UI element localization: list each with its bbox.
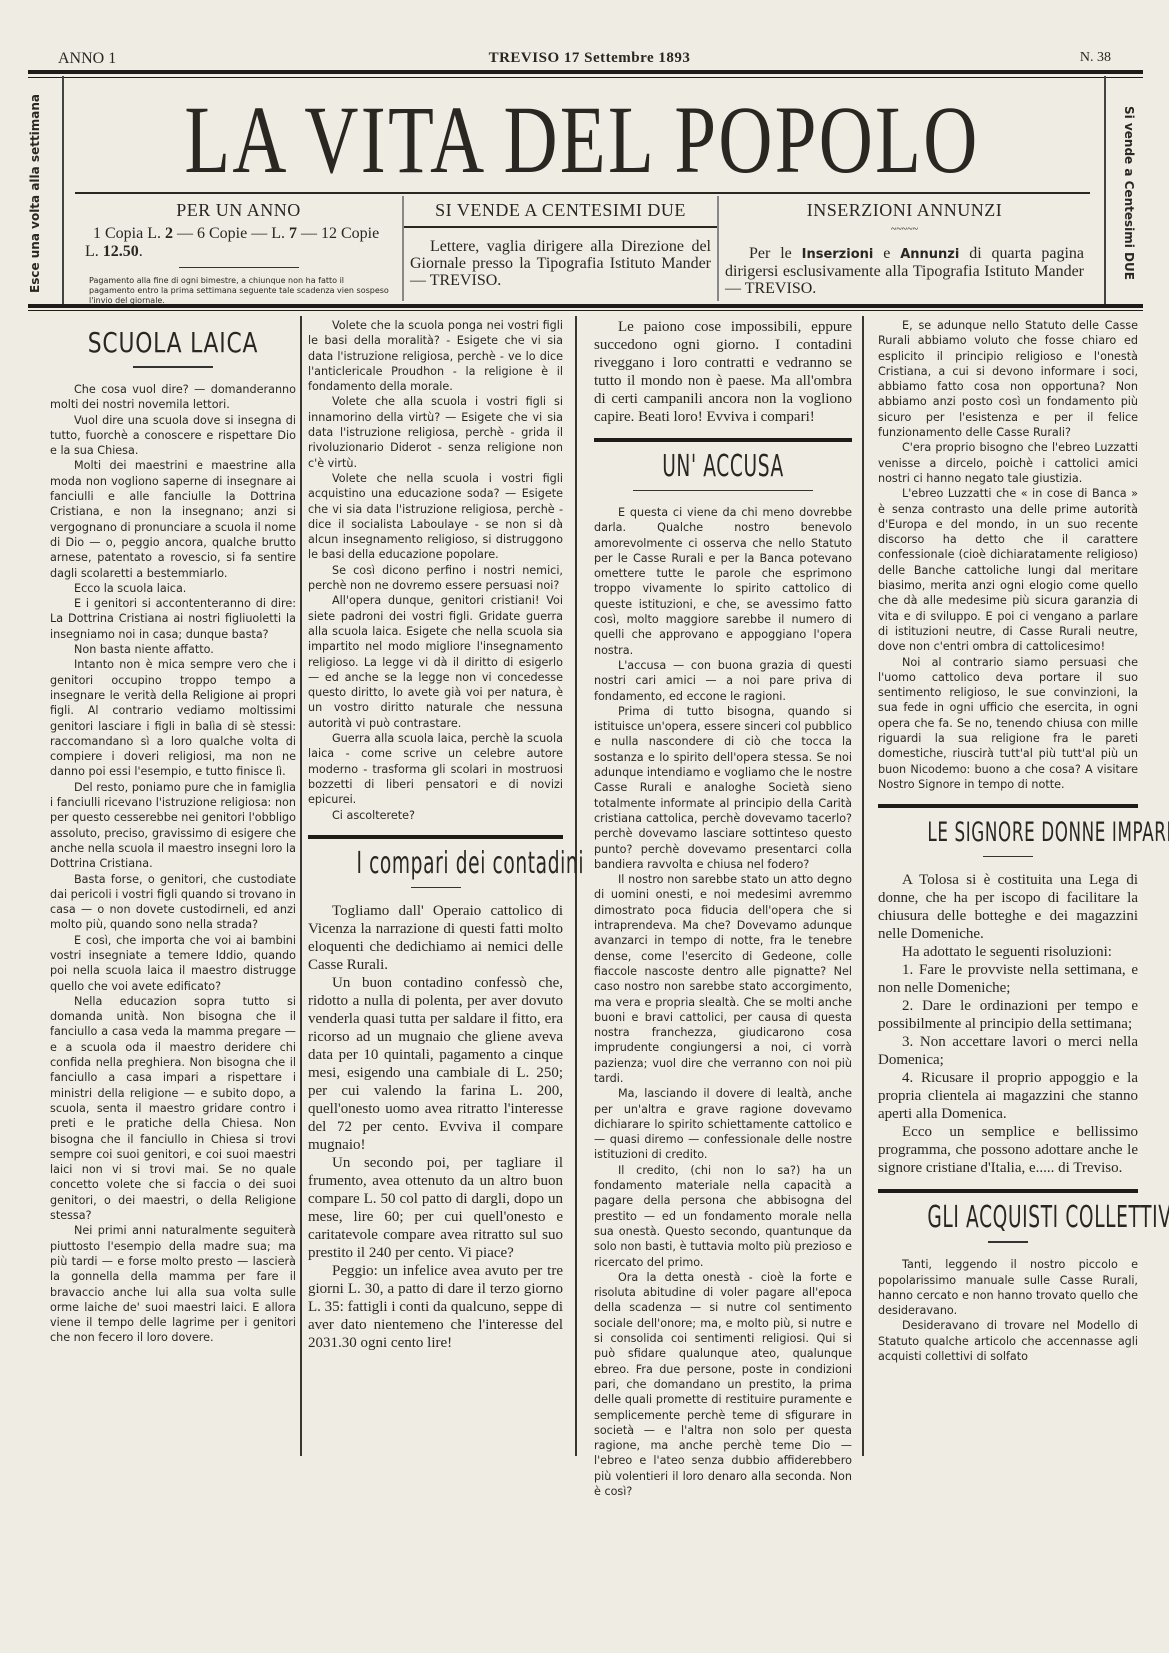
- paragraph: Intanto non è mica sempre vero che i gen…: [50, 657, 296, 779]
- paragraph: L'accusa — con buona grazia di questi no…: [594, 658, 852, 704]
- ornament: [983, 856, 1033, 857]
- side-note-right: Si vende a Centesimi DUE: [1110, 88, 1136, 298]
- paragraph: Noi al contrario siamo persuasi che l'uo…: [878, 655, 1138, 793]
- ornament: [133, 366, 213, 368]
- ads-text-part: e: [883, 245, 890, 262]
- paragraph: Volete che nella scuola i vostri figli a…: [308, 471, 563, 563]
- paragraph: Guerra alla scuola laica, perchè la scuo…: [308, 731, 563, 807]
- masthead-rule: [75, 192, 1090, 194]
- ornament: [988, 1241, 1028, 1243]
- paragraph: Ma, lasciando il dovere di lealtà, anche…: [594, 1086, 852, 1162]
- paragraph: E, se adunque nello Statuto delle Casse …: [878, 318, 1138, 440]
- ads-text: Per le Inserzioni e Annunzi di quarta pa…: [719, 235, 1090, 297]
- column-4: E, se adunque nello Statuto delle Casse …: [878, 318, 1138, 1364]
- paragraph: E così, che importa che voi ai bambini v…: [50, 933, 296, 994]
- paragraph: Tanti, leggendo il nostro piccolo e popo…: [878, 1257, 1138, 1318]
- sale-text: Lettere, vaglia dirigere alla Direzione …: [404, 238, 717, 289]
- paragraph: All'opera dunque, genitori cristiani! Vo…: [308, 593, 563, 731]
- paragraph: Il nostro non sarebbe stato un atto degn…: [594, 872, 852, 1086]
- ads-box: INSERZIONI ANNUNZI ~~~~~ Per le Inserzio…: [719, 196, 1090, 301]
- paragraph: Un buon contadino confessò che, ridotto …: [308, 974, 563, 1154]
- article-separator: [308, 835, 563, 839]
- paragraph: Volete che alla scuola i vostri figli si…: [308, 394, 563, 470]
- subscription-heading: PER UN ANNO: [75, 200, 402, 221]
- article-title: SCUOLA LAICA: [77, 326, 269, 360]
- paragraph: Volete che la scuola ponga nei vostri fi…: [308, 318, 563, 394]
- price-value: 12.50: [103, 243, 139, 260]
- paragraph: Ora la detta onestà - cioè la forte e ri…: [594, 1270, 852, 1499]
- sale-box: SI VENDE A CENTESIMI DUE Lettere, vaglia…: [404, 196, 719, 301]
- paragraph: E i genitori si accontenteranno di dire:…: [50, 596, 296, 642]
- paragraph: Molti dei maestrini e maestrine alla mod…: [50, 458, 296, 580]
- paragraph: Vuol dire una scuola dove si insegna di …: [50, 413, 296, 459]
- article-title: GLI ACQUISTI COLLETTIVI: [927, 1201, 1088, 1235]
- article-title: LE SIGNORE DONNE IMPARINO: [927, 816, 1088, 850]
- paragraph: Se così dicono perfino i nostri nemici, …: [308, 563, 563, 594]
- ads-text-part: Per le: [749, 245, 792, 262]
- article-separator: [594, 438, 852, 442]
- paragraph: Un secondo poi, per tagliare il frumento…: [308, 1154, 563, 1262]
- paragraph: Del resto, poniamo pure che in famiglia …: [50, 780, 296, 872]
- column-2: Volete che la scuola ponga nei vostri fi…: [308, 318, 563, 1352]
- column-rule: [300, 316, 302, 1456]
- paragraph: Ecco la scuola laica.: [50, 581, 296, 596]
- price-value: 2: [165, 225, 173, 242]
- divider: [404, 226, 717, 228]
- paragraph: C'era proprio bisogno che l'ebreo Luzzat…: [878, 440, 1138, 486]
- side-note-left: Esce una volta alla settimana: [28, 88, 54, 298]
- masthead-bottom-rule-thin: [28, 310, 1143, 311]
- issue-number: N. 38: [1080, 50, 1111, 66]
- paragraph: A Tolosa si è costituita una Lega di don…: [878, 871, 1138, 943]
- paragraph: Ha adottato le seguenti risoluzioni:: [878, 943, 1138, 961]
- paragraph: Desideravano di trovare nel Modello di S…: [878, 1318, 1138, 1364]
- article-title: UN' ACCUSA: [643, 450, 803, 484]
- paragraph: 1. Fare le provviste nella settimana, e …: [878, 961, 1138, 997]
- paragraph: Prima di tutto bisogna, quando si istitu…: [594, 704, 852, 872]
- header-line: ANNO 1 TREVISO 17 Settembre 1893 N. 38: [58, 48, 1121, 70]
- subscription-prices: 1 Copia L. 2 — 6 Copie — L. 7 — 12 Copie…: [75, 221, 402, 261]
- paragraph: Non basta niente affatto.: [50, 642, 296, 657]
- paragraph: Togliamo dall' Operaio cattolico di Vice…: [308, 902, 563, 974]
- column-1: SCUOLA LAICA Che cosa vuol dire? — doman…: [50, 318, 296, 1346]
- article-separator: [878, 1189, 1138, 1193]
- article-separator: [878, 804, 1138, 808]
- column-3: Le paiono cose impossibili, eppure succe…: [594, 318, 852, 1499]
- article-title: I compari dei contadini: [356, 847, 514, 881]
- sale-heading: SI VENDE A CENTESIMI DUE: [404, 200, 717, 221]
- paragraph: Basta forse, o genitori, che custodiate …: [50, 872, 296, 933]
- ornament: [633, 490, 813, 491]
- paragraph: 3. Non accettare lavori o merci nella Do…: [878, 1033, 1138, 1069]
- payment-note: Pagamento alla fine di ogni bimestre, a …: [75, 268, 402, 306]
- paragraph: Nella educazion sopra tutto si domanda u…: [50, 994, 296, 1223]
- ads-heading: INSERZIONI ANNUNZI: [719, 200, 1090, 221]
- masthead-bottom-rule: [28, 304, 1143, 308]
- header-rule: [28, 70, 1143, 74]
- issue-date: TREVISO 17 Settembre 1893: [58, 50, 1121, 67]
- paragraph: Che cosa vuol dire? — domanderanno molti…: [50, 382, 296, 413]
- newspaper-title: LA VITA DEL POPOLO: [176, 90, 987, 190]
- ads-text-bold: Annunzi: [900, 247, 959, 262]
- paragraph: 2. Dare le ordinazioni per tempo e possi…: [878, 997, 1138, 1033]
- price-value: 7: [289, 225, 297, 242]
- paragraph: Il credito, (chi non lo sa?) ha un fonda…: [594, 1163, 852, 1270]
- paragraph: Peggio: un infelice avea avuto per tre g…: [308, 1262, 563, 1352]
- paragraph: 4. Ricusare il proprio appoggio e la pro…: [878, 1069, 1138, 1123]
- paragraph: Le paiono cose impossibili, eppure succe…: [594, 318, 852, 426]
- ornament: [411, 887, 461, 888]
- subscription-box: PER UN ANNO 1 Copia L. 2 — 6 Copie — L. …: [75, 196, 404, 301]
- price-label: 1 Copia L.: [93, 225, 161, 242]
- paragraph: Ci ascolterete?: [308, 808, 563, 823]
- ornament: ~~~~~: [719, 225, 1090, 235]
- paragraph: L'ebreo Luzzatti che « in cose di Banca …: [878, 486, 1138, 654]
- paragraph: E questa ci viene da chi meno dovrebbe d…: [594, 505, 852, 658]
- paragraph: Ecco un semplice e bellissimo programma,…: [878, 1123, 1138, 1177]
- paragraph: Nei primi anni naturalmente seguiterà pi…: [50, 1223, 296, 1345]
- ads-text-bold: Inserzioni: [802, 247, 874, 262]
- column-rule: [862, 316, 864, 1456]
- price-label: — 6 Copie — L.: [177, 225, 285, 242]
- column-rule: [575, 316, 577, 1456]
